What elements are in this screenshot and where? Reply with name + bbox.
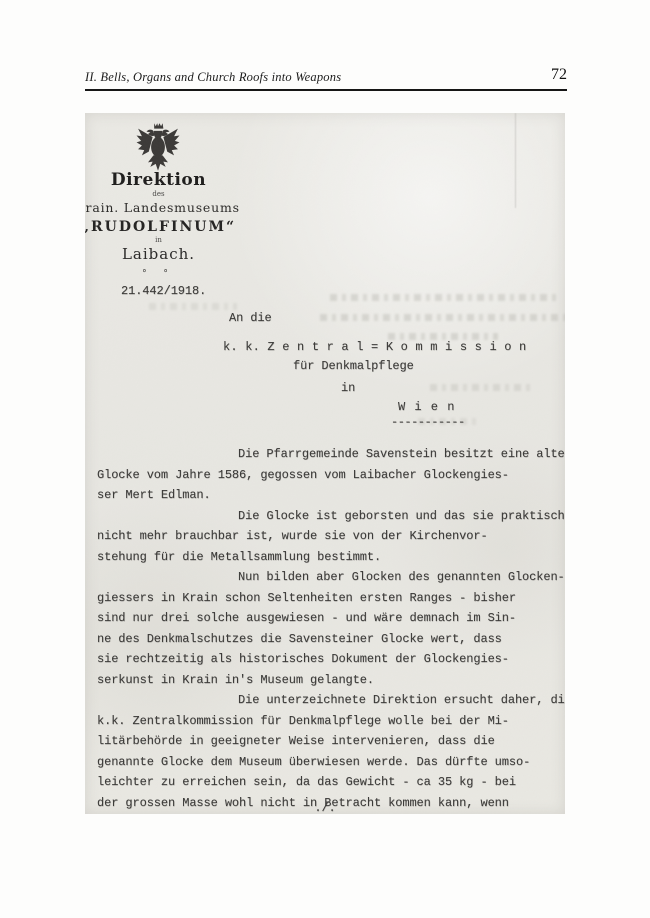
reference-number: 21.442/1918. — [121, 284, 206, 298]
recipient-salutation: An die — [229, 311, 272, 325]
recipient-dept: für Denkmalpflege — [293, 359, 414, 373]
recipient-org: k. k. Z e n t r a l = K o m m i s s i o … — [223, 340, 526, 354]
typed-line: sie rechtzeitig als historisches Dokumen… — [97, 649, 559, 670]
typed-line: genannte Glocke dem Museum überwiesen we… — [97, 752, 559, 773]
letter-body: Die Pfarrgemeinde Savenstein besitzt ein… — [97, 444, 559, 813]
letterhead-des: des — [85, 190, 240, 199]
bleedthrough-mark — [430, 384, 530, 391]
bleedthrough-mark — [388, 333, 498, 340]
typed-line: Nun bilden aber Glocken des genannten Gl… — [97, 567, 559, 588]
typed-line: ne des Denkmalschutzes die Savensteiner … — [97, 629, 559, 650]
letterhead-city: Laibach. — [85, 245, 240, 263]
header-rule — [85, 89, 567, 91]
typed-line: k.k. Zentralkommission für Denkmalpflege… — [97, 711, 559, 732]
letterhead-museum: krain. Landesmuseums — [85, 200, 240, 216]
typed-line: Die Glocke ist geborsten und das sie pra… — [97, 506, 559, 527]
typed-line: leichter zu erreichen sein, da das Gewic… — [97, 772, 559, 793]
typed-line: litärbehörde in geeigneter Weise interve… — [97, 731, 559, 752]
recipient-underline: ----------- — [391, 415, 465, 429]
typed-line: giessers in Krain schon Seltenheiten ers… — [97, 588, 559, 609]
bleedthrough-mark — [149, 303, 237, 310]
typed-line: Glocke vom Jahre 1586, gegossen vom Laib… — [97, 465, 559, 486]
page-number: 72 — [551, 66, 567, 84]
letterhead: Direktion des krain. Landesmuseums „RUDO… — [85, 170, 240, 279]
bleedthrough-mark — [320, 314, 565, 321]
bleedthrough-mark — [330, 294, 560, 301]
continuation-mark: ./. — [85, 801, 565, 814]
typed-line: Die Pfarrgemeinde Savenstein besitzt ein… — [97, 444, 559, 465]
book-page: II. Bells, Organs and Church Roofs into … — [0, 0, 650, 918]
typed-line: stehung für die Metallsammlung bestimmt. — [97, 547, 559, 568]
letterhead-in: in — [85, 236, 240, 245]
running-header: II. Bells, Organs and Church Roofs into … — [85, 66, 567, 86]
chapter-title: II. Bells, Organs and Church Roofs into … — [85, 70, 341, 85]
recipient-in: in — [341, 381, 355, 395]
double-headed-eagle-icon — [135, 121, 181, 173]
letterhead-name: „RUDOLFINUM“ — [85, 219, 240, 236]
letterhead-ornament: ° ° — [85, 269, 240, 279]
typed-line: Die unterzeichnete Direktion ersucht dah… — [97, 690, 559, 711]
recipient-city: W i e n — [398, 400, 455, 414]
scan-crease — [515, 113, 516, 208]
typed-line: sind nur drei solche ausgewiesen - und w… — [97, 608, 559, 629]
typed-line: ser Mert Edlman. — [97, 485, 559, 506]
scanned-letter: Direktion des krain. Landesmuseums „RUDO… — [85, 113, 565, 814]
typed-line: nicht mehr brauchbar ist, wurde sie von … — [97, 526, 559, 547]
letterhead-title: Direktion — [85, 170, 240, 190]
typed-line: serkunst in Krain in's Museum gelangte. — [97, 670, 559, 691]
